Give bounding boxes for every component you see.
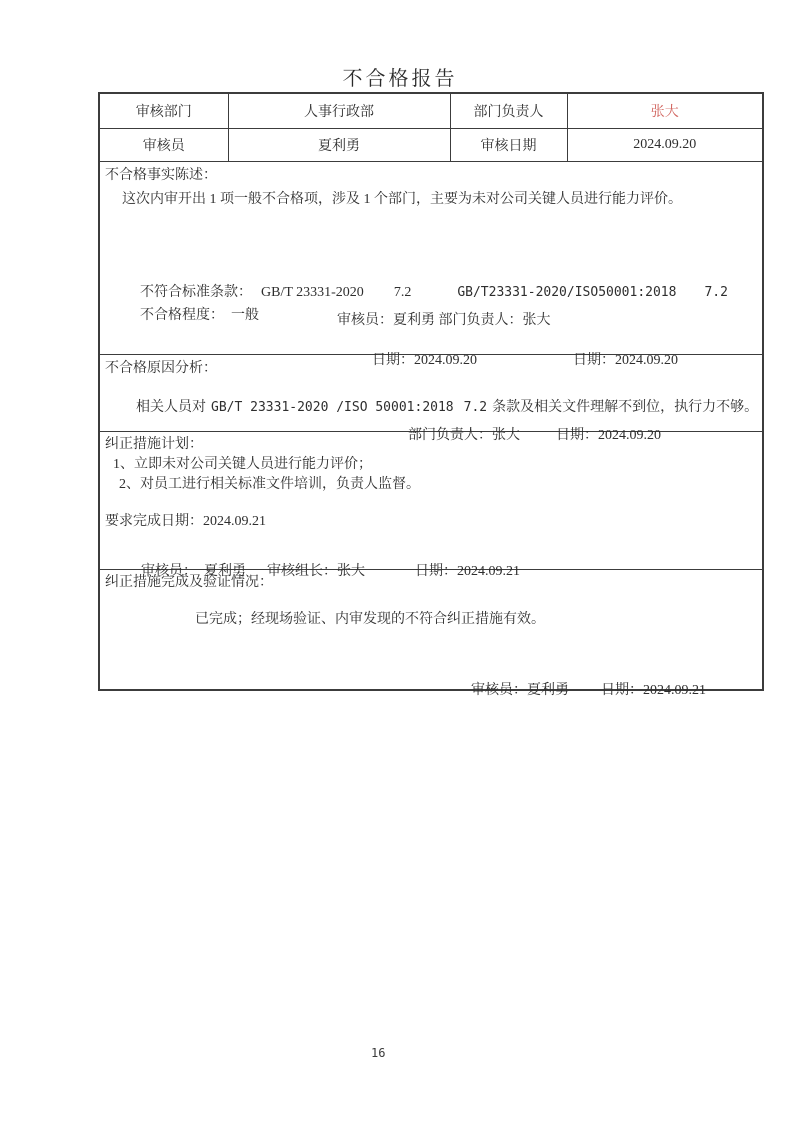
cause-heading: 不合格原因分析：: [105, 360, 217, 378]
cause-analysis-cell: 不合格原因分析： 相关人员对GB/T 23331-2020 /ISO 50001…: [99, 354, 763, 431]
standard-2: GB/T23331-2020/ISO50001:2018: [457, 285, 676, 300]
plan-item-2: 2、对员工进行相关标准文件培训，负责人监督。: [119, 476, 420, 494]
audit-dept-value: 人事行政部: [228, 93, 450, 128]
audit-date-value: 2024.09.20: [567, 128, 763, 161]
auditor-label: 审核员: [99, 128, 228, 161]
clause-number-2: 7.2: [704, 285, 727, 300]
fact-statement-cell: 不合格事实陈述： 这次内审开出 1 项一般不合格项，涉及 1 个部门，主要为未对…: [99, 161, 763, 354]
cause-analysis-row: 不合格原因分析： 相关人员对GB/T 23331-2020 /ISO 50001…: [99, 354, 763, 431]
page-title: 不合格报告: [0, 62, 800, 91]
fact-statement-row: 不合格事实陈述： 这次内审开出 1 项一般不合格项，涉及 1 个部门，主要为未对…: [99, 161, 763, 354]
plan-heading: 纠正措施计划：: [105, 436, 203, 454]
auditor-value: 夏利勇: [228, 128, 450, 161]
verification-date: 日期：2024.09.21: [601, 683, 706, 698]
corrective-plan-cell: 纠正措施计划： 1、立即未对公司关键人员进行能力评价； 2、对员工进行相关标准文…: [99, 431, 763, 569]
fact-heading: 不合格事实陈述：: [105, 167, 217, 185]
clause-number-1: 7.2: [394, 285, 412, 300]
fact-signers: 审核员：夏利勇 部门负责人：张大: [337, 312, 551, 330]
severity-line: 不合格程度：一般: [105, 289, 259, 343]
document-page: 不合格报告 审核部门 人事行政部 部门负责人 张大 审核员 夏利勇 审核日期 2…: [0, 0, 800, 1130]
nonconformity-report-table: 审核部门 人事行政部 部门负责人 张大 审核员 夏利勇 审核日期 2024.09…: [98, 92, 764, 691]
header-row-2: 审核员 夏利勇 审核日期 2024.09.20: [99, 128, 763, 161]
verification-body: 已完成；经现场验证、内审发现的不符合纠正措施有效。: [195, 611, 545, 629]
severity-value: 一般: [231, 308, 259, 323]
fact-body: 这次内审开出 1 项一般不合格项，涉及 1 个部门，主要为未对公司关键人员进行能…: [122, 191, 682, 209]
audit-date-label: 审核日期: [450, 128, 567, 161]
verification-signer: 审核员：夏利勇: [471, 683, 569, 698]
verification-cell: 纠正措施完成及验证情况： 已完成；经现场验证、内审发现的不符合纠正措施有效。 审…: [99, 569, 763, 690]
header-row-1: 审核部门 人事行政部 部门负责人 张大: [99, 93, 763, 128]
audit-dept-label: 审核部门: [99, 93, 228, 128]
dept-head-label: 部门负责人: [450, 93, 567, 128]
standard-1: GB/T 23331-2020: [261, 285, 364, 300]
corrective-plan-row: 纠正措施计划： 1、立即未对公司关键人员进行能力评价； 2、对员工进行相关标准文…: [99, 431, 763, 569]
verification-heading: 纠正措施完成及验证情况：: [105, 574, 273, 592]
page-number: 16: [371, 1046, 385, 1060]
dept-head-value: 张大: [567, 93, 763, 128]
plan-item-1: 1、立即未对公司关键人员进行能力评价；: [113, 456, 372, 474]
severity-label: 不合格程度：: [140, 308, 224, 323]
plan-deadline: 要求完成日期：2024.09.21: [105, 513, 266, 531]
verification-row: 纠正措施完成及验证情况： 已完成；经现场验证、内审发现的不符合纠正措施有效。 审…: [99, 569, 763, 690]
verification-sign-line: 审核员：夏利勇日期：2024.09.21: [436, 664, 706, 718]
cause-body-prefix: 相关人员对: [136, 400, 206, 415]
